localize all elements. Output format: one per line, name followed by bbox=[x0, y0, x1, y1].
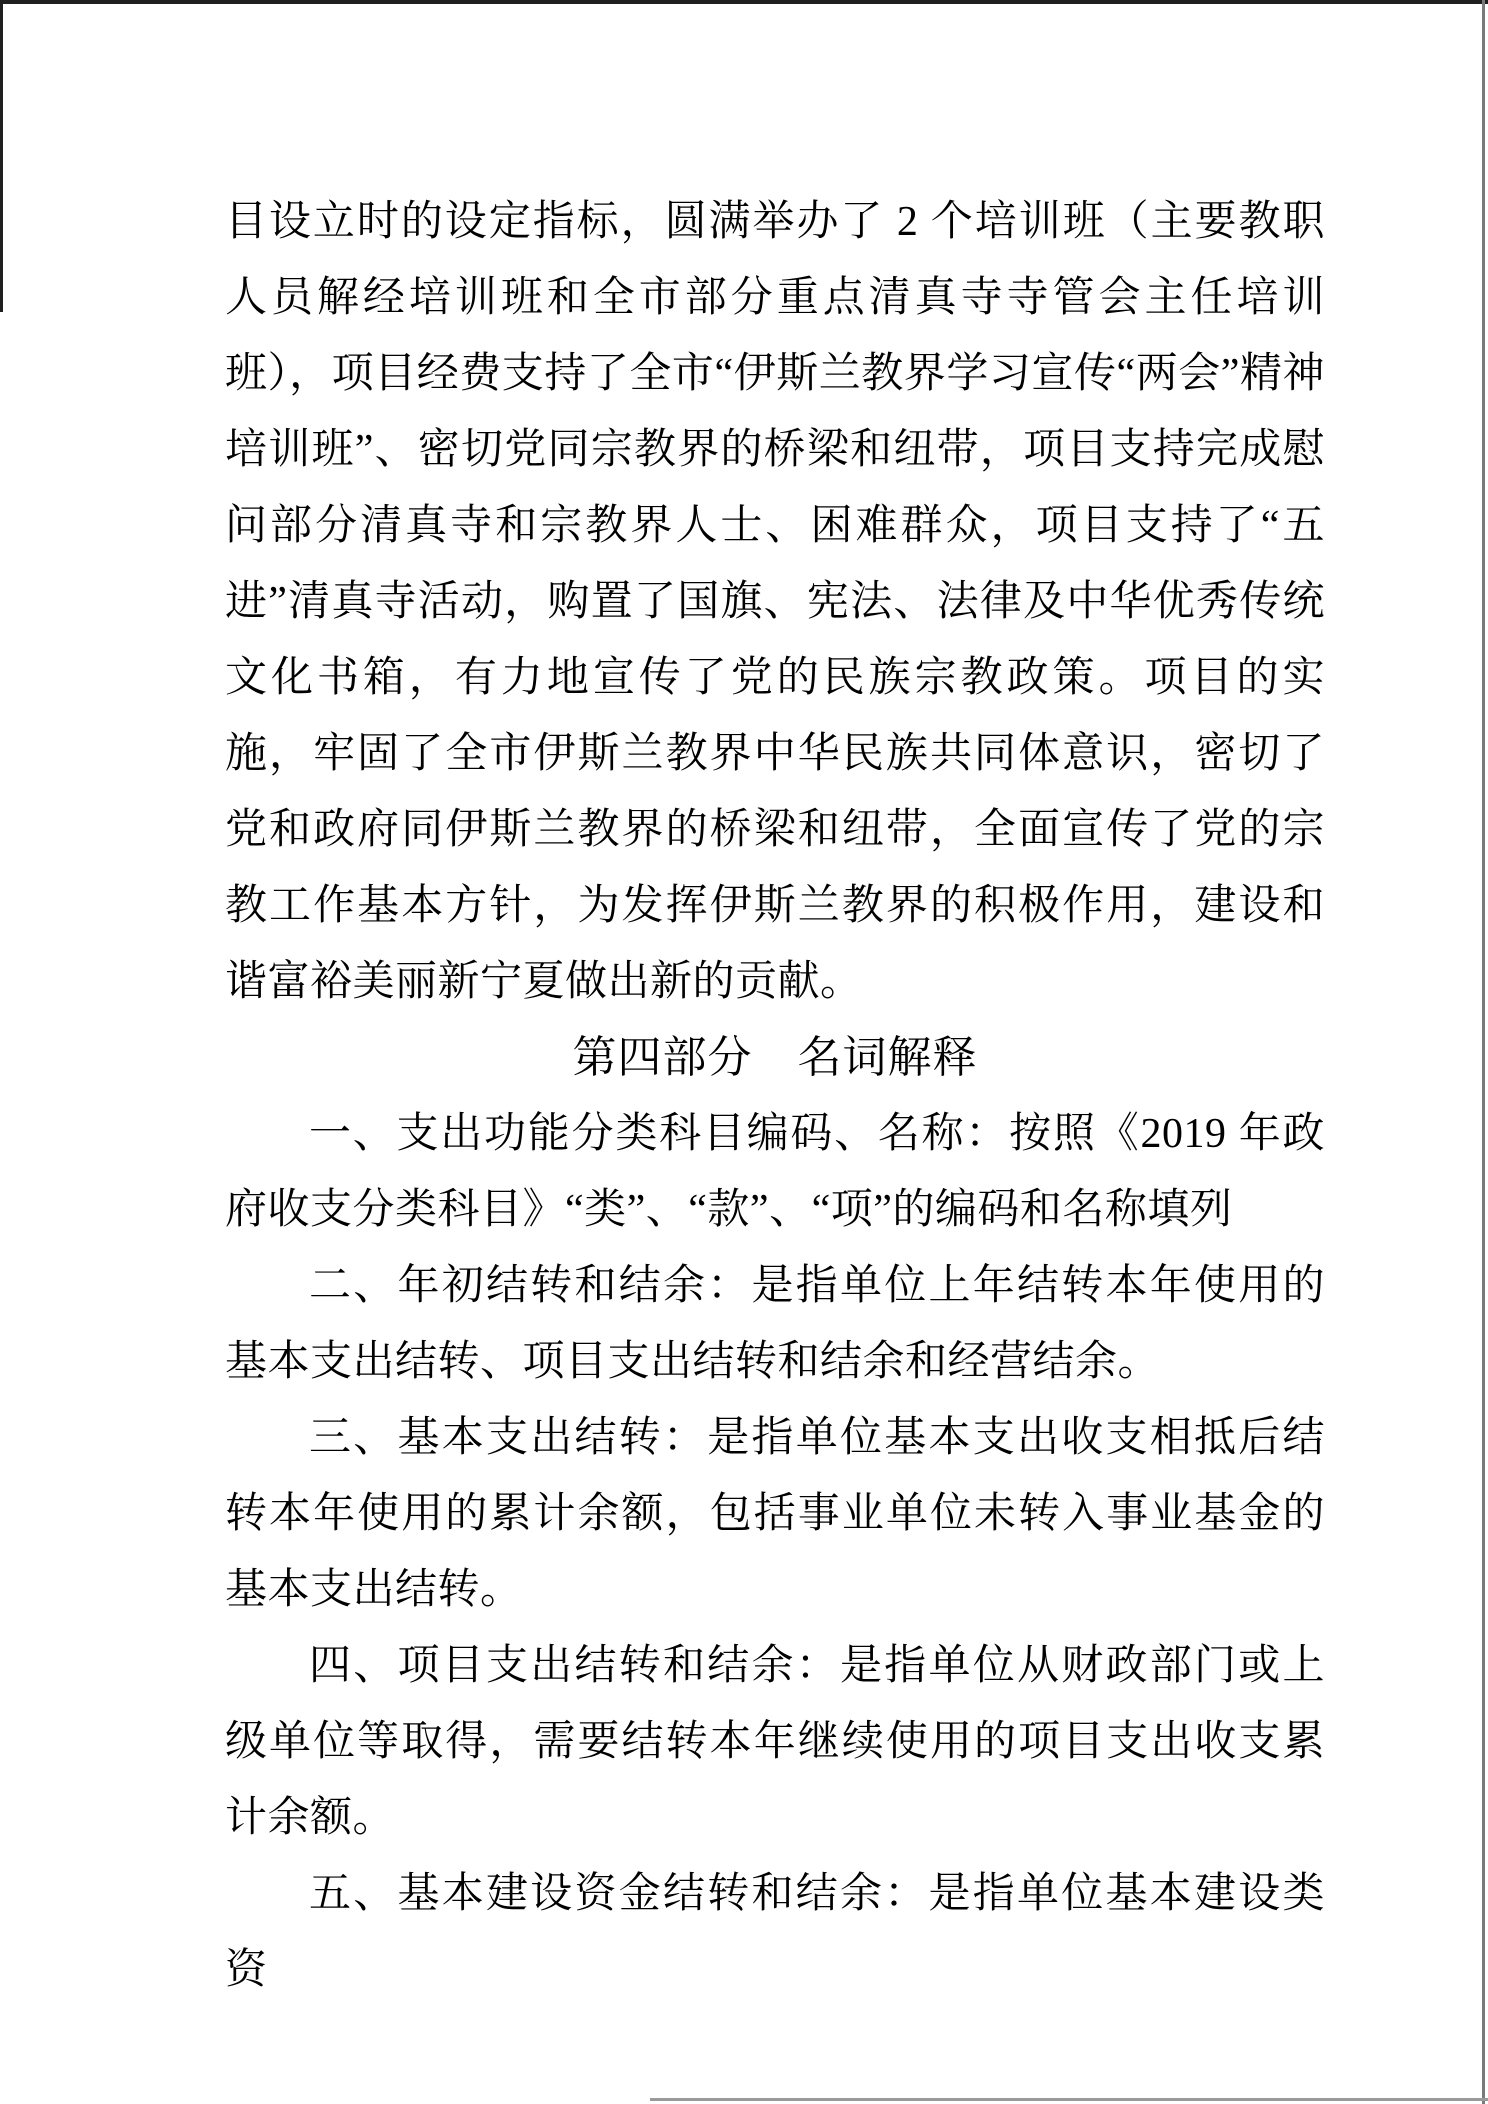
document-page: 目设立时的设定指标，圆满举办了 2 个培训班（主要教职人员解经培训班和全市部分重… bbox=[0, 0, 1488, 2104]
page-edge-artifact-right bbox=[1482, 0, 1485, 2104]
page-edge-artifact-bottom bbox=[650, 2098, 1488, 2101]
page-edge-artifact-top bbox=[0, 0, 1488, 4]
term-definition-3: 三、基本支出结转：是指单位基本支出收支相抵后结转本年使用的累计余额，包括事业单位… bbox=[225, 1400, 1325, 1628]
section-heading: 第四部分 名词解释 bbox=[225, 1020, 1325, 1096]
page-edge-artifact-left bbox=[0, 0, 3, 312]
term-definition-1: 一、支出功能分类科目编码、名称：按照《2019 年政府收支分类科目》“类”、“款… bbox=[225, 1096, 1325, 1248]
term-definition-5: 五、基本建设资金结转和结余：是指单位基本建设类资 bbox=[225, 1856, 1325, 2008]
term-definition-2: 二、年初结转和结余：是指单位上年结转本年使用的基本支出结转、项目支出结转和结余和… bbox=[225, 1248, 1325, 1400]
term-definition-4: 四、项目支出结转和结余：是指单位从财政部门或上级单位等取得，需要结转本年继续使用… bbox=[225, 1628, 1325, 1856]
intro-paragraph: 目设立时的设定指标，圆满举办了 2 个培训班（主要教职人员解经培训班和全市部分重… bbox=[225, 184, 1325, 1020]
page-content: 目设立时的设定指标，圆满举办了 2 个培训班（主要教职人员解经培训班和全市部分重… bbox=[225, 184, 1325, 2008]
